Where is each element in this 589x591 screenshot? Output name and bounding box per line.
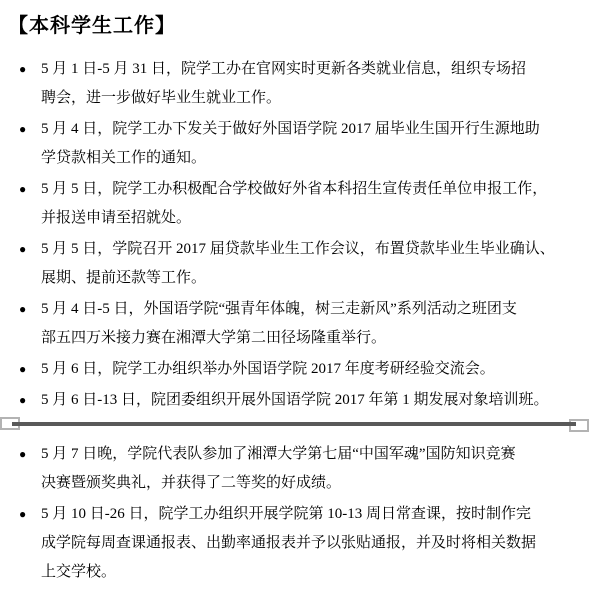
page-break-bar [12, 422, 576, 426]
page-break-divider [0, 417, 589, 432]
list-item: ● 5 月 6 日，院学工办组织举办外国语学院 2017 年度考研经验交流会。 [0, 355, 589, 384]
list-item: ● 5 月 5 日，学院召开 2017 届贷款毕业生工作会议，布置贷款毕业生毕业… [0, 235, 589, 293]
bullet-icon: ● [0, 55, 41, 84]
bullet-icon: ● [0, 500, 41, 529]
list-item: ● 5 月 4 日，院学工办下发关于做好外国语学院 2017 届毕业生国开行生源… [0, 115, 589, 173]
page-title: 【本科学生工作】 [0, 0, 589, 40]
list-item-text: 5 月 5 日，学院召开 2017 届贷款毕业生工作会议，布置贷款毕业生毕业确认… [41, 235, 589, 293]
list-item: ● 5 月 4 日-5 日，外国语学院“强青年体魄，树三走新风”系列活动之班团支… [0, 295, 589, 353]
list-item-text: 5 月 1 日-5 月 31 日，院学工办在官网实时更新各类就业信息，组织专场招… [41, 55, 589, 113]
bullet-list-page-1: ● 5 月 1 日-5 月 31 日，院学工办在官网实时更新各类就业信息，组织专… [0, 55, 589, 415]
list-item-text: 5 月 7 日晚，学院代表队参加了湘潭大学第七届“中国军魂”国防知识竞赛 决赛暨… [41, 440, 589, 498]
document-body: 【本科学生工作】 ● 5 月 1 日-5 月 31 日，院学工办在官网实时更新各… [0, 0, 589, 591]
bullet-icon: ● [0, 235, 41, 264]
list-item-text: 5 月 10 日-26 日，院学工办组织开展学院第 10-13 周日常查课，按时… [41, 500, 589, 587]
list-item: ● 5 月 10 日-26 日，院学工办组织开展学院第 10-13 周日常查课，… [0, 500, 589, 587]
list-item-text: 5 月 4 日，院学工办下发关于做好外国语学院 2017 届毕业生国开行生源地助… [41, 115, 589, 173]
list-item: ● 5 月 5 日，院学工办积极配合学校做好外省本科招生宣传责任单位申报工作， … [0, 175, 589, 233]
bullet-icon: ● [0, 175, 41, 204]
list-item-text: 5 月 6 日-13 日，院团委组织开展外国语学院 2017 年第 1 期发展对… [41, 386, 589, 415]
list-item-text: 5 月 6 日，院学工办组织举办外国语学院 2017 年度考研经验交流会。 [41, 355, 589, 384]
bullet-icon: ● [0, 355, 41, 384]
list-item: ● 5 月 1 日-5 月 31 日，院学工办在官网实时更新各类就业信息，组织专… [0, 55, 589, 113]
bullet-icon: ● [0, 386, 41, 415]
bullet-icon: ● [0, 295, 41, 324]
list-item: ● 5 月 6 日-13 日，院团委组织开展外国语学院 2017 年第 1 期发… [0, 386, 589, 415]
list-item-text: 5 月 4 日-5 日，外国语学院“强青年体魄，树三走新风”系列活动之班团支 部… [41, 295, 589, 353]
bullet-list-page-2: ● 5 月 7 日晚，学院代表队参加了湘潭大学第七届“中国军魂”国防知识竞赛 决… [0, 440, 589, 587]
bullet-icon: ● [0, 440, 41, 469]
bullet-icon: ● [0, 115, 41, 144]
list-item: ● 5 月 7 日晚，学院代表队参加了湘潭大学第七届“中国军魂”国防知识竞赛 决… [0, 440, 589, 498]
list-item-text: 5 月 5 日，院学工办积极配合学校做好外省本科招生宣传责任单位申报工作， 并报… [41, 175, 589, 233]
